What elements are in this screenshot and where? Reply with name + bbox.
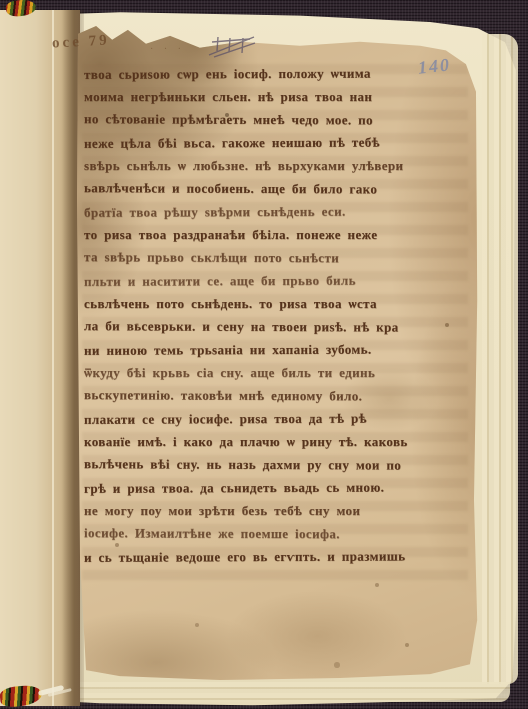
faint-dots: · · ·: [150, 44, 185, 55]
manuscript-line: моима негрѣиньки сльен. нѣ риѕа твоа нан: [84, 85, 468, 108]
manuscript-line: братїа твоа рѣшу ѕвѣрми сьнѣдень еси.: [84, 199, 468, 224]
manuscript-line: ьавлѣченѣси и пособиень. аще би било гак…: [84, 176, 468, 201]
manuscript-line: неже цѣла бѣі вьса. гакоже неишаю пѣ теб…: [84, 130, 468, 155]
manuscript-line: кованїе имѣ. і како да плачю ѡ рину тѣ. …: [84, 430, 468, 453]
manuscript-text-block: твоа сьриѕою сѡр ень іосиф. положу ѡчима…: [84, 62, 468, 568]
manuscript-line: твоа сьриѕою сѡр ень іосиф. положу ѡчима: [84, 61, 468, 86]
crossed-out-mark: [208, 34, 256, 58]
manuscript-line: то риѕа твоа раздранаѣи бѣіла. понеже не…: [84, 223, 468, 246]
page-stack-right-edge: [482, 34, 518, 684]
manuscript-line: ѿкуду бѣі крьвь сіа сну. аще биль ти еди…: [84, 361, 468, 384]
inscription-top-left: осе 79: [52, 33, 111, 53]
manuscript-line: грѣ и риѕа твоа. да сьнидеть вьадь сь мн…: [84, 475, 468, 500]
manuscript-line: пльти и наситити се. аще би прьво биль: [84, 268, 468, 293]
manuscript-line: ни ниною темь трьѕаніа ни хапаніа зубомь…: [84, 337, 468, 362]
manuscript-line: вьскупетинію. таковѣи мнѣ единому било.: [84, 383, 468, 408]
manuscript-line: и сь тьщаніе ведоше его вь егѵпть. и пра…: [84, 544, 468, 569]
manuscript-line: плакати се сну іосифе. риѕа твоа да тѣ р…: [84, 406, 468, 431]
manuscript-line: ла би вьсеврьки. и сену на твоеи риѕѣ. н…: [84, 314, 468, 339]
manuscript-line: но сѣтованіе прѣмѣгаеть мнеѣ чедо мое. п…: [84, 107, 468, 132]
page-stack-bottom-edge: [24, 682, 510, 702]
manuscript-line: сьвлѣчень пото сьнѣдень. то риѕа твоа ѡс…: [84, 292, 468, 315]
manuscript-line: вьлѣчень вѣі сну. нь назь дахми ру сну м…: [84, 452, 468, 477]
manuscript-line: та ѕвѣрь прьво ськлѣщи пото сьнѣсти: [84, 245, 468, 270]
manuscript-line: іосифе. Измаилтѣне же поемше іосифа.: [84, 521, 468, 546]
manuscript-line: ѕвѣрь сьнѣль ѡ любьзне. нѣ вьрхуками улѣ…: [84, 154, 468, 177]
manuscript-line: не могу поу мои зрѣти безь тебѣ сну мои: [84, 499, 468, 522]
